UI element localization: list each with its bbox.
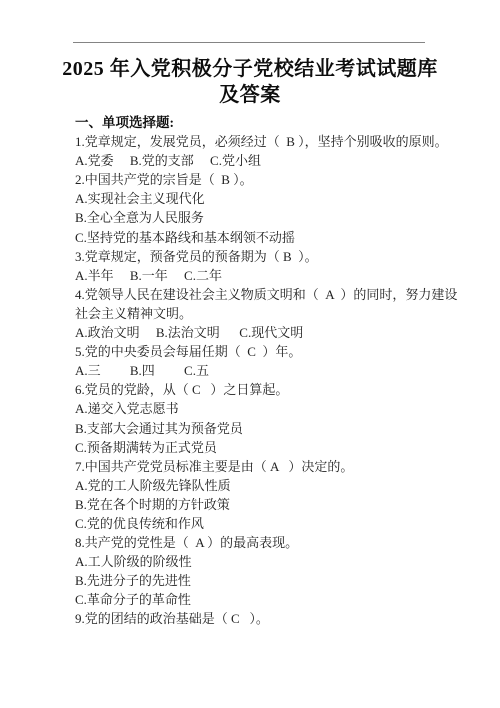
text-line: A.实现社会主义现代化 xyxy=(75,189,487,208)
text-line: 2.中国共产党的宗旨是（ B ）。 xyxy=(75,170,487,189)
document-page: 2025 年入党积极分子党校结业考试试题库 及答案 一、单项选择题:1.党章规定… xyxy=(0,0,500,708)
title-line-2: 及答案 xyxy=(0,82,500,108)
text-line: 8.共产党的党性是（ A ）的最高表现。 xyxy=(75,533,487,552)
document-body: 一、单项选择题:1.党章规定，发展党员，必须经过（ B ），坚持个别吸收的原则。… xyxy=(75,113,487,629)
title-line-1: 2025 年入党积极分子党校结业考试试题库 xyxy=(0,56,500,82)
text-line: C.坚持党的基本路线和基本纲领不动摇 xyxy=(75,228,487,247)
text-line: 5.党的中央委员会每届任期（ C ）年。 xyxy=(75,342,487,361)
text-line: 3.党章规定，预备党员的预备期为（ B ）。 xyxy=(75,247,487,266)
header-rule xyxy=(73,42,425,43)
document-title: 2025 年入党积极分子党校结业考试试题库 及答案 xyxy=(0,56,500,108)
text-line: A.党的工人阶级先锋队性质 xyxy=(75,476,487,495)
section-heading: 一、单项选择题: xyxy=(75,113,487,132)
text-line: B.党在各个时期的方针政策 xyxy=(75,495,487,514)
text-line: A.半年 B.一年 C.二年 xyxy=(75,266,487,285)
text-line: B.支部大会通过其为预备党员 xyxy=(75,419,487,438)
text-line: 1.党章规定，发展党员，必须经过（ B ），坚持个别吸收的原则。 xyxy=(75,132,487,151)
text-line: B.先进分子的先进性 xyxy=(75,571,487,590)
text-line: B.全心全意为人民服务 xyxy=(75,208,487,227)
text-line: 7.中国共产党党员标准主要是由（ A ）决定的。 xyxy=(75,457,487,476)
text-line: C.党的优良传统和作风 xyxy=(75,514,487,533)
text-line: 6.党员的党龄，从（ C ）之日算起。 xyxy=(75,380,487,399)
text-line: A.政治文明 B.法治文明 C.现代文明 xyxy=(75,323,487,342)
text-line: C.革命分子的革命性 xyxy=(75,590,487,609)
text-line: 社会主义精神文明。 xyxy=(75,304,487,323)
text-line: A.工人阶级的阶级性 xyxy=(75,552,487,571)
text-line: A.三 B.四 C.五 xyxy=(75,361,487,380)
text-line: A.递交入党志愿书 xyxy=(75,399,487,418)
text-line: A.党委 B.党的支部 C.党小组 xyxy=(75,151,487,170)
text-line: 4.党领导人民在建设社会主义物质文明和（ A ）的同时，努力建设 xyxy=(75,285,487,304)
text-line: 9.党的团结的政治基础是（ C ）。 xyxy=(75,609,487,628)
text-line: C.预备期满转为正式党员 xyxy=(75,438,487,457)
